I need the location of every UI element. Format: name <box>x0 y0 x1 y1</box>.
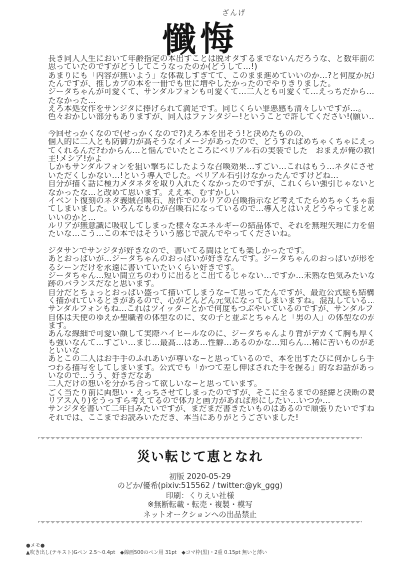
author-credit-line: のどか/優希(pixiv:515562 / twitter:@yk_ggg) <box>0 481 400 490</box>
text-line: あとおっぱいが…ジータちゃんのおっぱいが好きなんです。ジータちゃんのおっぱいが形… <box>48 255 374 263</box>
text-line: サンダルフォンもね…これはツイッターとかで何度もつぶやいているのですが、サンダル… <box>48 305 374 313</box>
text-line: いただくしかない…!という導入でした。ベリアル石引けなかったんですけどね… <box>48 172 374 180</box>
text-line: たなかった… <box>48 97 374 105</box>
text-line: あとこの二人はお手手のふれあいが尊いな~と思っているので、本を出すたびに何かしら… <box>48 355 374 363</box>
footer-memo: ●メモ● ▲吹き出し(テキスト)Gペン 2.5～0.4pt ◆線画500のペン用… <box>26 543 386 556</box>
wavy-separator-top <box>38 437 362 442</box>
text-line: あんな線細で可愛い顔して実際ハイヒールなのに、ジータちゃんより背がデカくて胸も厚… <box>48 330 374 338</box>
text-line: 色々おかしい部分もありますが、同人はファンタジー!ということで許してください!(… <box>48 113 374 121</box>
reproduction-notice: ※無断転載・転売・複製・模写 <box>0 500 400 509</box>
text-line: るシーンだけを永遠に書いていたいくらい好きです。 <box>48 264 374 272</box>
page-title: ざんげ 懺悔 <box>0 6 400 54</box>
text-line: てしまいました。いろんなものが召喚石になっているので…導入とはいえどうやってまと… <box>48 205 374 213</box>
text-line: それでは、ここまでお読みいただき、本当にありがとうございました! <box>48 414 374 422</box>
wavy-separator-bottom <box>38 521 362 526</box>
text-line: も強いなんて…すごい…まじ…最高…はあ…性癖…あるのかな…知らん…稀に苦いものが… <box>48 339 374 347</box>
text-line: 主!メシア!かよ <box>48 155 374 163</box>
text-line: ごく当たり前に両想い・えっちさせてしまったのですが、そこに至るまでの経緯と決断の… <box>48 389 374 397</box>
text-line: いいのかと… <box>48 214 374 222</box>
text-line: ジタサンでサンジタが好きなので、書いてる間はとても楽しかったです。 <box>48 247 374 255</box>
text-line: つわる描写をしてしまいます。公式でも「かつて差し伸ばされた手を握る」的なお話があ… <box>48 364 374 372</box>
text-line: いなので…うう、好きだなあ <box>48 372 374 380</box>
text-line: リアス入り)をうっすら考えてるので体力と画力があれば形にしたい…いつか… <box>48 397 374 405</box>
text-line: えろ本処女作をサンジタに捧げられて満足です。同じくらい罪悪感も清々しいですが…。 <box>48 105 374 113</box>
colophon: 災い転じて恵となれ 初版 2020-05-29 のどか/優希(pixiv:515… <box>0 446 400 519</box>
text-line: てくれるんだ?わからん…と悩んでいたところにベリアル石の実装でした おまえが俺の… <box>48 147 374 155</box>
text-line: ジータちゃんが可愛くて、サンダルフォンも可愛くて…二人とも可愛くて…えっちだから… <box>48 88 374 96</box>
text-line: ルリアが無意識に吸収してしまった様々なエネルギーの結晶体で、それを無理矢理に力を… <box>48 222 374 230</box>
text-line: 長き同人人生において年齢指定の本出すことは脱オタするまでないんだろうな、と数年前… <box>48 55 374 63</box>
text-line: 個人的に二人とも防御力が高そうなイメージがあったので、どうすればめちゃくちゃにえ… <box>48 138 374 146</box>
text-line: なかったな…と改めて思います。ええ本、むずかしい <box>48 189 374 197</box>
auction-notice: ネットオークションへの出品禁止 <box>0 510 400 519</box>
text-line: ます。 <box>48 322 374 330</box>
text-line: サンジタを書いて二年目みたいですが、まだまだ書きたいものはあるので頑張りたいです… <box>48 405 374 413</box>
afterword-text: 長き同人人生において年齢指定の本出すことは脱オタするまでないんだろうな、と数年前… <box>48 55 374 422</box>
text-line: しかもサンダルフォンを狙い撃ちにしたような召喚効果…すごい…これはもう…ネタにさ… <box>48 163 374 171</box>
text-line: 思っていたのですがどうしてこうなったのか(どうして…!) <box>48 63 374 71</box>
text-line: く描かれているときがあるので、心がどんどん元気になってしまいますね。混乱している… <box>48 297 374 305</box>
printer-credit-line: 印刷：くりえい社様 <box>0 491 400 500</box>
book-title: 災い転じて恵となれ <box>0 446 400 465</box>
text-line <box>48 122 374 130</box>
text-line: あまりにも「内容が無いよう」な体裁しすぎてて、このまま進めていいのか…?と何度か… <box>48 72 374 80</box>
memo-line: ▲吹き出し(テキスト)Gペン 2.5～0.4pt ◆線画500のペン用 31pt… <box>26 550 386 557</box>
text-line: イベント復刻のネタ義賊召喚石、原作でのルリアの召喚指示など考えてたらめちゃくちゃ… <box>48 197 374 205</box>
text-line: 自分だとちょっとおっぱい盛って描いてしまうな~て思ってたんですが、最近公式絵も結… <box>48 289 374 297</box>
text-line: ジータちゃん…短い間立ちのわりに出るとこ出てるじゃない…ですか…未熟な色気みたい… <box>48 272 374 280</box>
text-line: 自分が描く話に極力メタネタを取り入れたくなかったのですが、これくらい強引じゃない… <box>48 180 374 188</box>
text-line: 二人だけの想いを分かち合って欲しいな~と思っています。 <box>48 380 374 388</box>
text-line: 自体は天使のゆえか聖職者の体型なのに、女の子と並ぶとちゃんと「男の人」の体型なの… <box>48 314 374 322</box>
text-line: 今回せっかくなので(せっかくなので?)えろ本を出そう!と決めたものの、 <box>48 130 374 138</box>
text-line: といいな <box>48 347 374 355</box>
afterword-page: ざんげ 懺悔 長き同人人生において年齢指定の本出すことは脱オタするまでないんだろ… <box>0 0 400 563</box>
text-line <box>48 239 374 247</box>
text-line: 跡のバランスだなと思います。 <box>48 280 374 288</box>
text-line: たんですが、推しカプの本を一冊でも世に増やしたかったのでやりきりました。 <box>48 80 374 88</box>
edition-line: 初版 2020-05-29 <box>0 472 400 481</box>
text-line: たいな…こう…この本ではそういう感じで読んでやってくださいね。 <box>48 230 374 238</box>
